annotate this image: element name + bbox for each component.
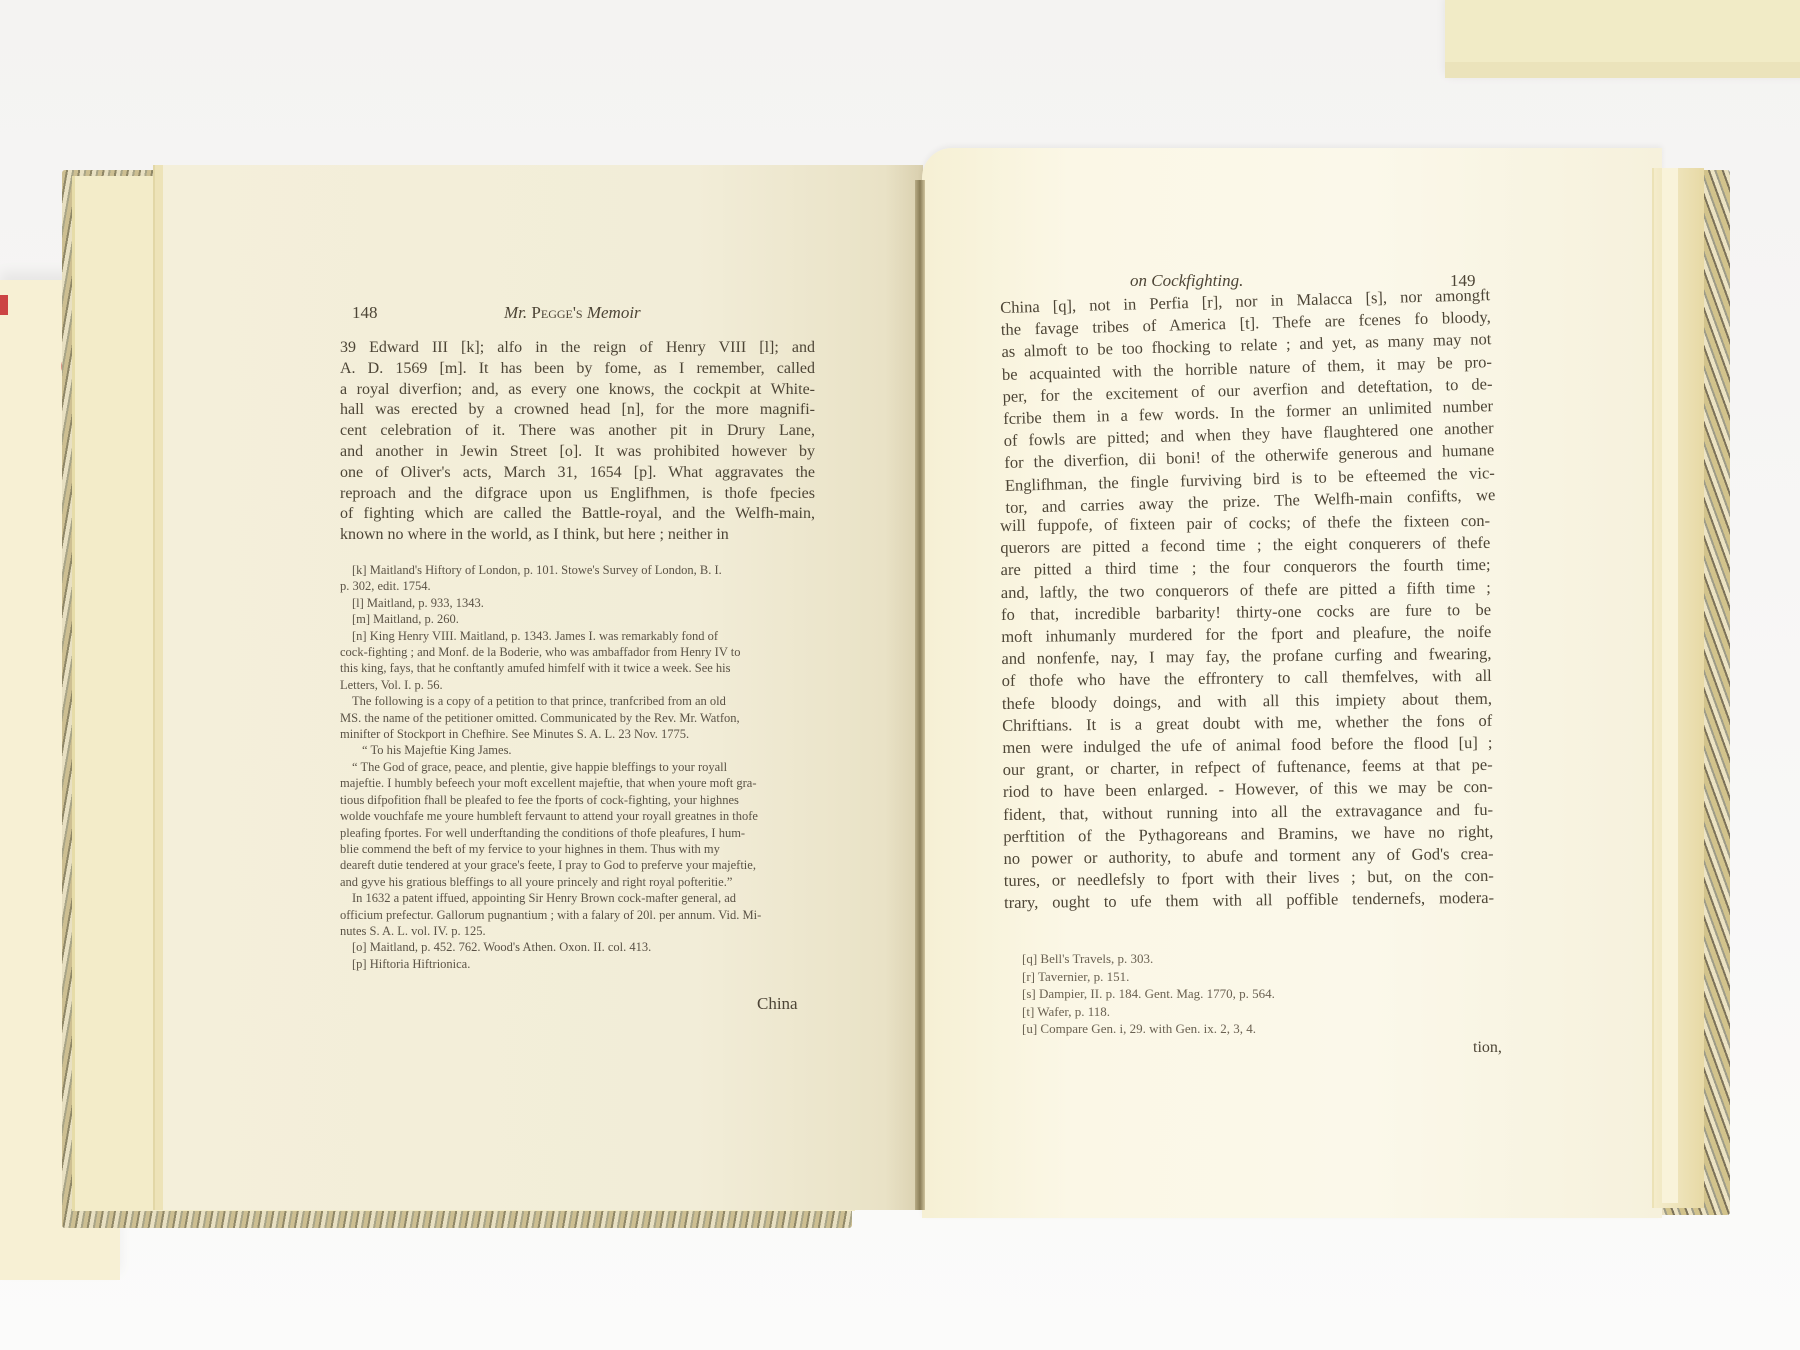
text-line: 39 Edward III [k]; alfo in the reign of … — [340, 338, 815, 359]
footnote: [k] Maitland's Hiftory of London, p. 101… — [340, 562, 810, 578]
page-edge-stack-right — [1652, 168, 1704, 1208]
footnote: [p] Hiftoria Hiftrionica. — [340, 956, 810, 972]
footnote: [r] Tavernier, p. 151. — [1022, 968, 1442, 986]
footnote: “ To his Majeftie King James. — [340, 742, 810, 758]
footnote: blie commend the beft of my fervice to y… — [340, 841, 810, 857]
text-line: of fighting which are called the Battle-… — [340, 504, 815, 525]
footnote: [q] Bell's Travels, p. 303. — [1022, 950, 1442, 968]
footnote: officium prefectur. Gallorum pugnantium … — [340, 907, 810, 923]
footnote: [m] Maitland, p. 260. — [340, 611, 810, 627]
bookmark-ribbon — [0, 295, 8, 315]
text-line: cent celebration of it. There was anothe… — [340, 421, 815, 442]
footnote: pleafing fportes. For well underftanding… — [340, 825, 810, 841]
body-text-right-upper: China [q], not in Perfia [r], nor in Mal… — [1000, 284, 1496, 519]
footnote: [t] Wafer, p. 118. — [1022, 1003, 1442, 1021]
footnote: cock-fighting ; and Monf. de la Boderie,… — [340, 644, 810, 660]
text-line: hall was erected by a crowned head [n], … — [340, 400, 815, 421]
catchword-left: China — [757, 993, 798, 1014]
text-line: A. D. 1569 [m]. It has been by fome, as … — [340, 359, 815, 380]
footnotes-left: [k] Maitland's Hiftory of London, p. 101… — [340, 562, 810, 972]
footnote: nutes S. A. L. vol. IV. p. 125. — [340, 923, 810, 939]
footnote: [u] Compare Gen. i, 29. with Gen. ix. 2,… — [1022, 1020, 1442, 1038]
footnote: The following is a copy of a petition to… — [340, 693, 810, 709]
text-line: and another in Jewin Street [o]. It was … — [340, 442, 815, 463]
body-text-left: 39 Edward III [k]; alfo in the reign of … — [340, 338, 815, 546]
text-line: known no where in the world, as I think,… — [340, 525, 815, 546]
footnote: minifter of Stockport in Chefhire. See M… — [340, 726, 810, 742]
footnote: deareft dutie tendered at your grace's f… — [340, 857, 810, 873]
footnote: [l] Maitland, p. 933, 1343. — [340, 595, 810, 611]
footnote: [n] King Henry VIII. Maitland, p. 1343. … — [340, 628, 810, 644]
loose-leaf-edge — [1662, 168, 1678, 1203]
body-text-right-lower: will fuppofe, of fixteen pair of cocks; … — [1000, 510, 1494, 915]
footnote: [s] Dampier, II. p. 184. Gent. Mag. 1770… — [1022, 985, 1442, 1003]
book-gutter — [915, 180, 925, 1210]
footnote: tious difpofition fhall be pleafed to fe… — [340, 792, 810, 808]
running-head-title: on Cockfighting. — [1130, 270, 1243, 291]
footnote: Letters, Vol. I. p. 56. — [340, 677, 810, 693]
background-book-top-right — [1445, 0, 1800, 70]
footnote: In 1632 a patent iffued, appointing Sir … — [340, 890, 810, 906]
page-number: 148 — [352, 302, 378, 323]
text-line: reproach and the difgrace upon us Englif… — [340, 484, 815, 505]
catchword-right: tion, — [1473, 1037, 1502, 1058]
text-line: one of Oliver's acts, March 31, 1654 [p]… — [340, 463, 815, 484]
footnote: [o] Maitland, p. 452. 762. Wood's Athen.… — [340, 939, 810, 955]
background-book-edge — [1445, 62, 1800, 78]
running-head-title: Mr. Pegge's Memoir — [504, 302, 641, 323]
footnote: MS. the name of the petitioner omitted. … — [340, 710, 810, 726]
text-line: a royal diverfion; and, as every one kno… — [340, 380, 815, 401]
footnote: wolde vouchfafe me youre humbleft fervau… — [340, 808, 810, 824]
footnote: this king, fays, that he conftantly amuf… — [340, 660, 810, 676]
footnote: and gyve his gratious bleffings to all y… — [340, 874, 810, 890]
footnotes-right: [q] Bell's Travels, p. 303. [r] Tavernie… — [1022, 950, 1442, 1038]
footnote: p. 302, edit. 1754. — [340, 578, 810, 594]
footnote: “ The God of grace, peace, and plentie, … — [340, 759, 810, 775]
footnote: majeftie. I humbly befeech your moft exc… — [340, 775, 810, 791]
